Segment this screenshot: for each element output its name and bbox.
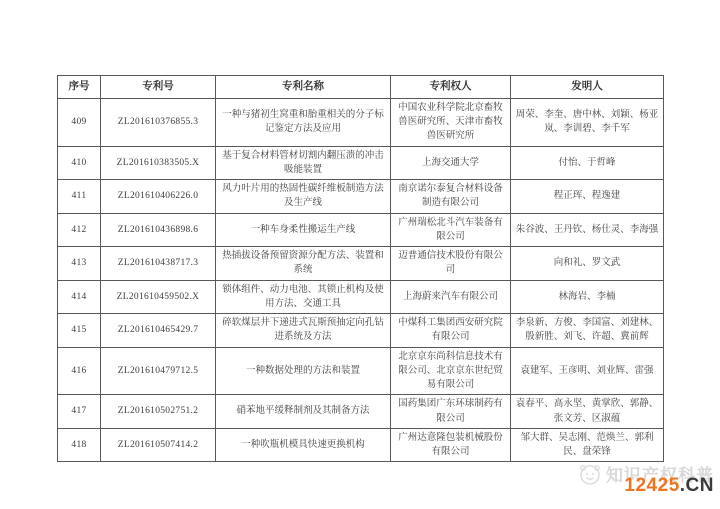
row-number-cell: 414: [58, 280, 101, 314]
patent-name-cell: 碎软煤层井下递进式瓦斯预抽定向孔钻进系统及方法: [216, 314, 391, 348]
patent-name-cell: 热插拔设备预留资源分配方法、装置和系统: [216, 247, 391, 281]
patent-table-container: 序号 专利号 专利名称 专利权人 发明人 409ZL201610376855.3…: [57, 75, 663, 462]
patent-holder-cell: 国药集团广东环球制药有限公司: [391, 395, 511, 429]
table-row: 418ZL201610507414.2一种吹瓶机模具快速更换机构广州达意隆包装机…: [58, 428, 664, 462]
inventors-cell: 林海岩、李楠: [511, 280, 664, 314]
patent-name-cell: 风力叶片用的热固性碳纤维板制造方法及生产线: [216, 180, 391, 214]
header-serial-number: 序号: [58, 76, 101, 99]
inventors-cell: 付怡、于哲峰: [511, 146, 664, 180]
patent-holder-cell: 北京京东尚科信息技术有限公司、北京京东世纪贸易有限公司: [391, 347, 511, 395]
row-number-cell: 410: [58, 146, 101, 180]
patent-table: 序号 专利号 专利名称 专利权人 发明人 409ZL201610376855.3…: [57, 75, 664, 462]
patent-number-cell: ZL201610438717.3: [101, 247, 216, 281]
inventors-cell: 向和礼、罗文武: [511, 247, 664, 281]
inventors-cell: 袁建军、王彦明、刘业辉、雷强: [511, 347, 664, 395]
row-number-cell: 409: [58, 98, 101, 146]
patent-holder-cell: 南京诺尔泰复合材料设备制造有限公司: [391, 180, 511, 214]
patent-holder-cell: 迈普通信技术股份有限公司: [391, 247, 511, 281]
mascot-face-icon: [578, 462, 602, 486]
inventors-cell: 李泉新、方俊、李国富、刘建林、殷新胜、刘飞、许超、冀前辉: [511, 314, 664, 348]
patent-holder-cell: 上海蔚来汽车有限公司: [391, 280, 511, 314]
row-number-cell: 413: [58, 247, 101, 281]
row-number-cell: 416: [58, 347, 101, 395]
header-patent-number: 专利号: [101, 76, 216, 99]
table-row: 411ZL201610406226.0风力叶片用的热固性碳纤维板制造方法及生产线…: [58, 180, 664, 214]
patent-name-cell: 一种车身柔性搬运生产线: [216, 213, 391, 247]
patent-number-cell: ZL201610502751.2: [101, 395, 216, 429]
patent-holder-cell: 中煤科工集团西安研究院有限公司: [391, 314, 511, 348]
header-patent-holder: 专利权人: [391, 76, 511, 99]
table-header-row: 序号 专利号 专利名称 专利权人 发明人: [58, 76, 664, 99]
inventors-cell: 周荣、李奎、唐中林、刘颖、杨亚岚、李训碧、李千军: [511, 98, 664, 146]
patent-number-cell: ZL201610479712.5: [101, 347, 216, 395]
patent-holder-cell: 上海交通大学: [391, 146, 511, 180]
table-row: 414ZL201610459502.X锁体组件、动力电池、其锁止机构及使用方法、…: [58, 280, 664, 314]
row-number-cell: 417: [58, 395, 101, 429]
inventors-cell: 程正珲、程逸建: [511, 180, 664, 214]
header-patent-name: 专利名称: [216, 76, 391, 99]
patent-number-cell: ZL201610376855.3: [101, 98, 216, 146]
patent-name-cell: 一种数据处理的方法和装置: [216, 347, 391, 395]
document-page: 序号 专利号 专利名称 专利权人 发明人 409ZL201610376855.3…: [0, 0, 720, 509]
watermark: 知识产权科普 12425.CN: [539, 461, 714, 497]
table-row: 412ZL201610436898.6一种车身柔性搬运生产线广州瑞松北斗汽车装备…: [58, 213, 664, 247]
brand-url: 12425.CN: [539, 475, 714, 497]
patent-holder-cell: 中国农业科学院北京畜牧兽医研究所、天津市畜牧兽医研究所: [391, 98, 511, 146]
table-row: 417ZL201610502751.2硝苯地平缓释制剂及其制备方法国药集团广东环…: [58, 395, 664, 429]
patent-number-cell: ZL201610459502.X: [101, 280, 216, 314]
patent-number-cell: ZL201610383505.X: [101, 146, 216, 180]
table-row: 416ZL201610479712.5一种数据处理的方法和装置北京京东尚科信息技…: [58, 347, 664, 395]
patent-number-cell: ZL201610465429.7: [101, 314, 216, 348]
patent-name-cell: 锁体组件、动力电池、其锁止机构及使用方法、交通工具: [216, 280, 391, 314]
row-number-cell: 415: [58, 314, 101, 348]
brand-number: 12425: [624, 475, 679, 496]
table-row: 409ZL201610376855.3一种与猪初生窝重和胎重相关的分子标记鉴定方…: [58, 98, 664, 146]
table-row: 410ZL201610383505.X基于复合材料管材切割内翻压溃的冲击吸能装置…: [58, 146, 664, 180]
inventors-cell: 邹大群、吴志刚、范焕兰、郭利民、盘荣锋: [511, 428, 664, 462]
patent-name-cell: 基于复合材料管材切割内翻压溃的冲击吸能装置: [216, 146, 391, 180]
patent-holder-cell: 广州瑞松北斗汽车装备有限公司: [391, 213, 511, 247]
patent-name-cell: 一种与猪初生窝重和胎重相关的分子标记鉴定方法及应用: [216, 98, 391, 146]
patent-number-cell: ZL201610406226.0: [101, 180, 216, 214]
patent-name-cell: 一种吹瓶机模具快速更换机构: [216, 428, 391, 462]
row-number-cell: 412: [58, 213, 101, 247]
patent-number-cell: ZL201610507414.2: [101, 428, 216, 462]
header-inventors: 发明人: [511, 76, 664, 99]
inventors-cell: 朱谷波、王丹钦、杨仕灵、李海强: [511, 213, 664, 247]
row-number-cell: 411: [58, 180, 101, 214]
table-body: 409ZL201610376855.3一种与猪初生窝重和胎重相关的分子标记鉴定方…: [58, 98, 664, 462]
inventors-cell: 袁春平、高永坚、黄掌欣、郭静、张文芳、区淑蕴: [511, 395, 664, 429]
table-row: 413ZL201610438717.3热插拔设备预留资源分配方法、装置和系统迈普…: [58, 247, 664, 281]
row-number-cell: 418: [58, 428, 101, 462]
patent-name-cell: 硝苯地平缓释制剂及其制备方法: [216, 395, 391, 429]
patent-holder-cell: 广州达意隆包装机械股份有限公司: [391, 428, 511, 462]
brand-suffix: .CN: [680, 475, 714, 496]
patent-number-cell: ZL201610436898.6: [101, 213, 216, 247]
table-row: 415ZL201610465429.7碎软煤层井下递进式瓦斯预抽定向孔钻进系统及…: [58, 314, 664, 348]
